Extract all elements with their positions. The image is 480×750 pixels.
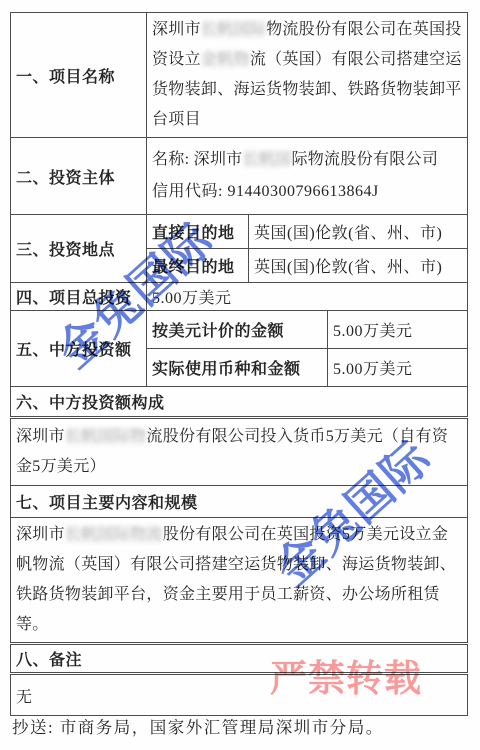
remarks-content: 无	[11, 674, 468, 716]
usd-amount-label: 按美元计价的金额	[147, 311, 328, 349]
redaction-smudge: 长帆国	[243, 151, 292, 168]
document-page: 一、项目名称 深圳市长帆国际物流股份有限公司在英国投资设立金帆物流（英国）有限公…	[0, 0, 480, 750]
row-location-direct: 三、投资地点 直接目的地 英国(国)伦敦(省、州、市)	[11, 215, 468, 249]
row-remarks-header: 八、备注	[11, 644, 468, 674]
investor-label: 二、投资主体	[11, 138, 147, 215]
row-project-name: 一、项目名称 深圳市长帆国际物流股份有限公司在英国投资设立金帆物流（英国）有限公…	[11, 13, 468, 138]
redaction-smudge: 金帆物	[201, 51, 250, 68]
redaction-smudge: 长帆国际物流	[65, 526, 163, 543]
direct-destination-label: 直接目的地	[147, 215, 249, 249]
redaction-smudge: 长帆国际物	[65, 428, 147, 445]
composition-header: 六、中方投资额构成	[11, 387, 468, 418]
investor-name-line: 名称: 深圳市长帆国际物流股份有限公司	[152, 144, 462, 176]
row-scope-header: 七、项目主要内容和规模	[11, 486, 468, 518]
redaction-smudge: 长帆国际	[201, 21, 266, 38]
total-investment-value: 5.00万美元	[147, 283, 468, 311]
cc-footer-line: 抄送: 市商务局，国家外汇管理局深圳市分局。	[12, 714, 384, 738]
chinese-investment-label: 五、中方投资额	[11, 311, 147, 387]
actual-currency-label: 实际使用币种和金额	[147, 349, 328, 387]
location-label: 三、投资地点	[11, 215, 147, 283]
row-composition-content: 深圳市长帆国际物流股份有限公司投入货币5万美元（自有资金5万美元）	[11, 418, 468, 486]
investor-credit-code: 信用代码: 91440300796613864J	[152, 176, 462, 208]
row-total-investment: 四、项目总投资 5.00万美元	[11, 283, 468, 311]
scope-content: 深圳市长帆国际物流股份有限公司在英国投资5万美元设立金帆物流（英国）有限公司搭建…	[11, 518, 468, 644]
scope-header: 七、项目主要内容和规模	[11, 486, 468, 518]
investment-project-table: 一、项目名称 深圳市长帆国际物流股份有限公司在英国投资设立金帆物流（英国）有限公…	[10, 12, 468, 716]
actual-currency-value: 5.00万美元	[328, 349, 468, 387]
project-name-value: 深圳市长帆国际物流股份有限公司在英国投资设立金帆物流（英国）有限公司搭建空运货物…	[147, 13, 468, 138]
row-chinese-investment-usd: 五、中方投资额 按美元计价的金额 5.00万美元	[11, 311, 468, 349]
usd-amount-value: 5.00万美元	[328, 311, 468, 349]
row-scope-content: 深圳市长帆国际物流股份有限公司在英国投资5万美元设立金帆物流（英国）有限公司搭建…	[11, 518, 468, 644]
total-investment-label: 四、项目总投资	[11, 283, 147, 311]
direct-destination-value: 英国(国)伦敦(省、州、市)	[249, 215, 468, 249]
investor-value: 名称: 深圳市长帆国际物流股份有限公司 信用代码: 91440300796613…	[147, 138, 468, 215]
remarks-header: 八、备注	[11, 644, 468, 674]
row-composition-header: 六、中方投资额构成	[11, 387, 468, 418]
row-remarks-content: 无	[11, 674, 468, 716]
final-destination-value: 英国(国)伦敦(省、州、市)	[249, 249, 468, 283]
row-investor: 二、投资主体 名称: 深圳市长帆国际物流股份有限公司 信用代码: 9144030…	[11, 138, 468, 215]
composition-content: 深圳市长帆国际物流股份有限公司投入货币5万美元（自有资金5万美元）	[11, 418, 468, 486]
final-destination-label: 最终目的地	[147, 249, 249, 283]
project-name-label: 一、项目名称	[11, 13, 147, 138]
